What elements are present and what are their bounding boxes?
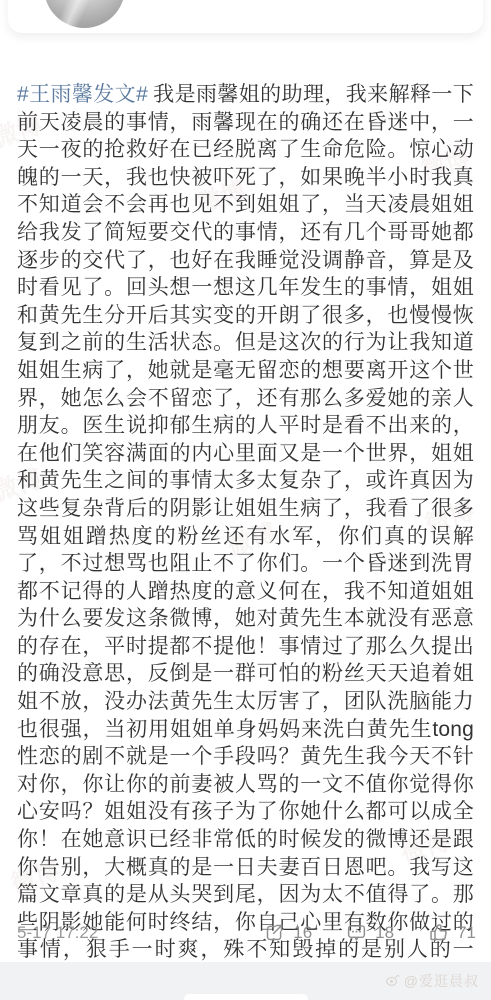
comment-count: 18: [375, 923, 394, 943]
repost-count: 16: [293, 923, 312, 943]
credit-watermark-text: @爱逛晨叔: [404, 971, 479, 991]
like-count: 71: [457, 923, 476, 943]
home-indicator: [184, 994, 308, 1000]
thumbs-up-icon: [428, 922, 449, 943]
post-body: #王雨馨发文#我是雨馨姐的助理，我来解释一下前天凌晨的事情，雨馨现在的确还在昏迷…: [17, 81, 474, 992]
post-body-text: 我是雨馨姐的助理，我来解释一下前天凌晨的事情，雨馨现在的确还在昏迷中，一天一夜的…: [17, 83, 474, 989]
post-stats: 16 18 71: [230, 922, 476, 943]
comment-button[interactable]: 18: [346, 922, 394, 943]
repost-button[interactable]: 16: [264, 922, 312, 943]
credit-watermark: @爱逛晨叔: [385, 971, 479, 991]
topic-hashtag-link[interactable]: #王雨馨发文#: [17, 83, 148, 106]
like-button[interactable]: 71: [428, 922, 476, 943]
bottom-band: @爱逛晨叔: [0, 962, 491, 1000]
repost-icon: [264, 922, 285, 943]
timestamp: 5-17 17:22: [17, 923, 98, 943]
comment-icon: [346, 922, 367, 943]
post-footer: 5-17 17:22 16 18: [17, 922, 476, 943]
weibo-logo-icon: [385, 973, 400, 990]
